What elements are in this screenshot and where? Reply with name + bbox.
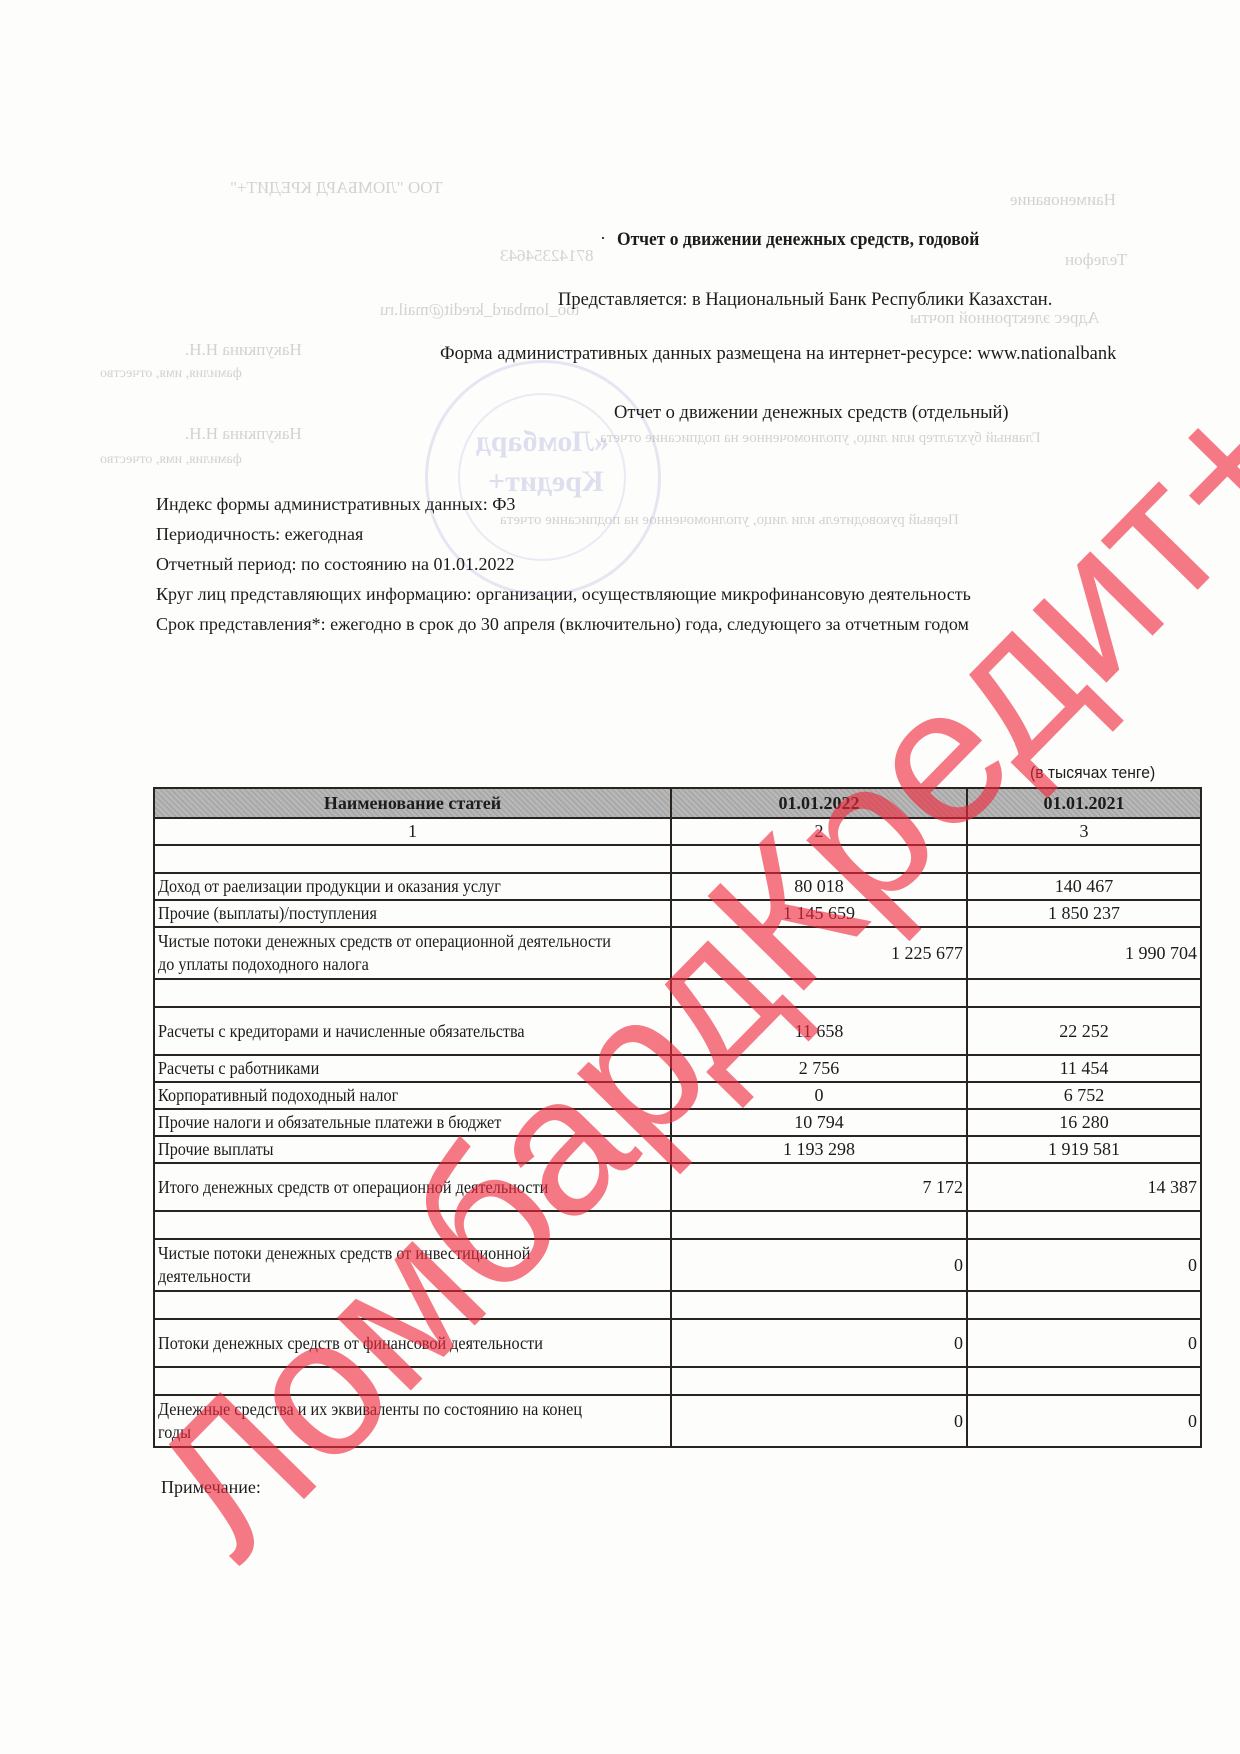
table-row: Расчеты с работниками2 75611 454: [154, 1055, 1201, 1082]
value-2021: 0: [967, 1395, 1201, 1447]
row-label: Расчеты с работниками: [154, 1055, 671, 1082]
row-label-text: Корпоративный подоходный налог: [158, 1083, 398, 1108]
value-2022: [671, 845, 967, 873]
table-header-row: Наименование статей 01.01.2022 01.01.202…: [154, 788, 1201, 818]
column-number: 1: [154, 818, 671, 845]
bleed-through-text: Телефон: [1065, 250, 1127, 270]
table-row: Чистые потоки денежных средств от инвест…: [154, 1239, 1201, 1291]
row-label-text: Потоки денежных средств от финансовой де…: [158, 1331, 543, 1356]
table-row: Потоки денежных средств от финансовой де…: [154, 1319, 1201, 1367]
bleed-through-text: Адрес электронной почты: [910, 308, 1099, 328]
column-header-item: Наименование статей: [154, 788, 671, 818]
row-label: Денежные средства и их эквиваленты по со…: [154, 1395, 671, 1447]
row-label-text: Прочие выплаты: [158, 1137, 274, 1162]
document-title: Отчет о движении денежных средств, годов…: [617, 229, 979, 251]
value-2022: 0: [671, 1395, 967, 1447]
value-2022: 1 225 677: [671, 927, 967, 979]
value-2022: 1 145 659: [671, 900, 967, 927]
meta-form-index: Индекс формы административных данных: Ф3: [156, 494, 515, 515]
row-label-text: Денежные средства и их эквиваленты по со…: [158, 1398, 616, 1444]
report-subtitle: Отчет о движении денежных средств (отдел…: [614, 403, 1009, 424]
bleed-through-text: 87142354643: [500, 246, 594, 266]
title-bullet: ·: [600, 228, 606, 249]
value-2022: 11 658: [671, 1007, 967, 1055]
row-label-text: Расчеты с работниками: [158, 1056, 319, 1081]
value-2022: 0: [671, 1082, 967, 1109]
row-label: Чистые потоки денежных средств от инвест…: [154, 1239, 671, 1291]
value-2022: [671, 1291, 967, 1319]
row-label-text: Итого денежных средств от операционной д…: [158, 1175, 548, 1200]
row-label-text: Чистые потоки денежных средств от операц…: [158, 930, 616, 976]
table-row: Итого денежных средств от операционной д…: [154, 1163, 1201, 1211]
row-label: Потоки денежных средств от финансовой де…: [154, 1319, 671, 1367]
table-row: Чистые потоки денежных средств от операц…: [154, 927, 1201, 979]
value-2022: [671, 1211, 967, 1239]
row-label: [154, 845, 671, 873]
table-spacer-row: [154, 1367, 1201, 1395]
cash-flow-table: Наименование статей 01.01.2022 01.01.202…: [153, 787, 1202, 1448]
row-label-text: Расчеты с кредиторами и начисленные обяз…: [158, 1019, 525, 1044]
column-header-2021: 01.01.2021: [967, 788, 1201, 818]
value-2021: 1 850 237: [967, 900, 1201, 927]
note-label: Примечание:: [161, 1477, 261, 1498]
row-label: Чистые потоки денежных средств от операц…: [154, 927, 671, 979]
column-number-row: 1 2 3: [154, 818, 1201, 845]
value-2021: 6 752: [967, 1082, 1201, 1109]
row-label-text: Доход от раелизации продукции и оказания…: [158, 874, 501, 899]
bleed-through-text: Наименование: [1010, 190, 1116, 210]
table-row: Прочие (выплаты)/поступления1 145 6591 8…: [154, 900, 1201, 927]
value-2022: [671, 979, 967, 1007]
meta-deadline: Срок представления*: ежегодно в срок до …: [156, 614, 969, 635]
value-2021: [967, 1211, 1201, 1239]
row-label: Прочие выплаты: [154, 1136, 671, 1163]
value-2021: 11 454: [967, 1055, 1201, 1082]
value-2022: 2 756: [671, 1055, 967, 1082]
bleed-through-text: фамилия, имя, отчество: [100, 366, 242, 382]
table-row: Расчеты с кредиторами и начисленные обяз…: [154, 1007, 1201, 1055]
bleed-through-text: фамилия, имя, отчество: [100, 452, 242, 468]
row-label: Доход от раелизации продукции и оказания…: [154, 873, 671, 900]
table-row: Корпоративный подоходный налог06 752: [154, 1082, 1201, 1109]
table-row: Денежные средства и их эквиваленты по со…: [154, 1395, 1201, 1447]
meta-periodicity: Периодичность: ежегодная: [156, 524, 363, 545]
row-label: [154, 1367, 671, 1395]
row-label: [154, 1211, 671, 1239]
value-2021: [967, 845, 1201, 873]
row-label: Итого денежных средств от операционной д…: [154, 1163, 671, 1211]
bleed-through-text: too_lombard_kredit@mail.ru: [380, 300, 579, 320]
meta-reporting-period: Отчетный период: по состоянию на 01.01.2…: [156, 554, 515, 575]
row-label: Прочие налоги и обязательные платежи в б…: [154, 1109, 671, 1136]
table-row: Прочие выплаты1 193 2981 919 581: [154, 1136, 1201, 1163]
value-2022: 1 193 298: [671, 1136, 967, 1163]
bleed-through-text: Накупкина Н.Н.: [185, 424, 302, 444]
submitted-to-line: Представляется: в Национальный Банк Респ…: [558, 290, 1052, 311]
row-label: [154, 1291, 671, 1319]
value-2021: [967, 1367, 1201, 1395]
row-label: Корпоративный подоходный налог: [154, 1082, 671, 1109]
value-2021: 140 467: [967, 873, 1201, 900]
table-spacer-row: [154, 845, 1201, 873]
value-2022: 0: [671, 1319, 967, 1367]
form-location-line: Форма административных данных размещена …: [440, 344, 1116, 365]
value-2021: 1 990 704: [967, 927, 1201, 979]
value-2021: 22 252: [967, 1007, 1201, 1055]
row-label: Прочие (выплаты)/поступления: [154, 900, 671, 927]
table-spacer-row: [154, 979, 1201, 1007]
value-2022: [671, 1367, 967, 1395]
table-row: Прочие налоги и обязательные платежи в б…: [154, 1109, 1201, 1136]
row-label: [154, 979, 671, 1007]
table-spacer-row: [154, 1211, 1201, 1239]
value-2022: 7 172: [671, 1163, 967, 1211]
bleed-through-text: Накупкина Н.Н.: [185, 340, 302, 360]
table-spacer-row: [154, 1291, 1201, 1319]
stamp-text-line1: «Ломбард: [476, 425, 609, 459]
row-label-text: Чистые потоки денежных средств от инвест…: [158, 1242, 616, 1288]
value-2021: 14 387: [967, 1163, 1201, 1211]
bleed-through-text: Главный бухгалтер или лицо, уполномоченн…: [600, 430, 1041, 447]
table-row: Доход от раелизации продукции и оказания…: [154, 873, 1201, 900]
row-label-text: Прочие (выплаты)/поступления: [158, 901, 377, 926]
value-2021: 16 280: [967, 1109, 1201, 1136]
bleed-through-text: ТОО "ЛОМБАРД КРЕДИТ+": [230, 178, 443, 198]
meta-respondents: Круг лиц представляющих информацию: орга…: [156, 584, 971, 605]
value-2021: [967, 979, 1201, 1007]
row-label-text: Прочие налоги и обязательные платежи в б…: [158, 1110, 501, 1135]
value-2021: 0: [967, 1319, 1201, 1367]
column-number: 2: [671, 818, 967, 845]
row-label: Расчеты с кредиторами и начисленные обяз…: [154, 1007, 671, 1055]
value-2022: 0: [671, 1239, 967, 1291]
units-label: (в тысячах тенге): [1030, 763, 1155, 783]
value-2022: 80 018: [671, 873, 967, 900]
value-2021: 1 919 581: [967, 1136, 1201, 1163]
column-header-2022: 01.01.2022: [671, 788, 967, 818]
value-2021: [967, 1291, 1201, 1319]
column-number: 3: [967, 818, 1201, 845]
value-2022: 10 794: [671, 1109, 967, 1136]
value-2021: 0: [967, 1239, 1201, 1291]
